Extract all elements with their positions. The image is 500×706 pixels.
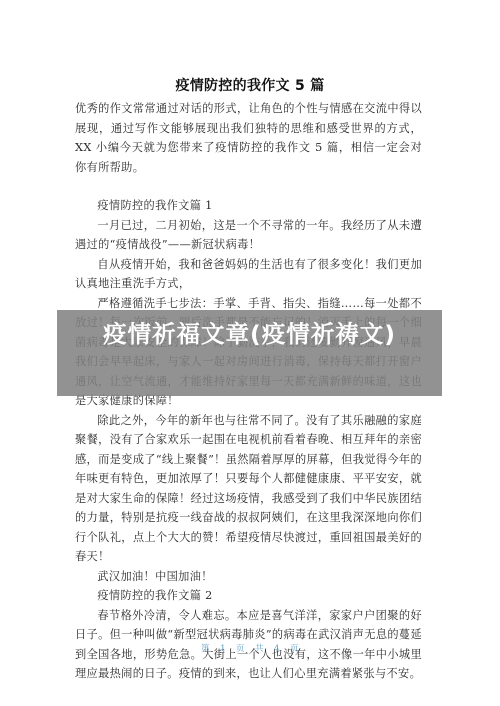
intro-paragraph: 优秀的作文常常通过对话的形式，让角色的个性与情感在交流中得以展现，通过写作文能够… bbox=[75, 99, 422, 177]
page-footer: 第1页共4页 bbox=[0, 642, 500, 654]
document-title: 疫情防控的我作文 5 篇 bbox=[0, 75, 500, 95]
essay-2: 疫情防控的我作文篇 2 春节格外冷清，令人难忘。本应是喜气洋洋，家家户户团聚的好… bbox=[75, 586, 422, 684]
footer-suffix: 页 bbox=[290, 644, 299, 654]
title-overlay-banner: 疫情祈福文章(疫情祈祷文) bbox=[57, 310, 442, 396]
footer-prefix: 第 bbox=[201, 644, 210, 654]
essay-2-heading: 疫情防控的我作文篇 2 bbox=[75, 586, 422, 606]
overlay-title: 疫情祈福文章(疫情祈祷文) bbox=[67, 319, 432, 349]
footer-current-page: 1 bbox=[220, 644, 226, 654]
document-page: 疫情防控的我作文 5 篇 优秀的作文常常通过对话的形式，让角色的个性与情感在交流… bbox=[0, 0, 500, 706]
essay-1-paragraph: 一月已过，二月初始，这是一个不寻常的一年。我经历了从未遭遇过的“疫情战役”——新… bbox=[75, 216, 422, 255]
footer-page-word: 页 bbox=[236, 644, 245, 654]
essay-1-paragraph: 自从疫情开始，我和爸爸妈妈的生活也有了很多变化！我们更加认真地注重洗手方式， bbox=[75, 255, 422, 294]
essay-1-paragraph: 除此之外，今年的新年也与往常不同了。没有了其乐融融的家庭聚餐，没有了合家欢乐一起… bbox=[75, 411, 422, 567]
essay-1-paragraph: 武汉加油！中国加油！ bbox=[75, 567, 422, 587]
essay-1-heading: 疫情防控的我作文篇 1 bbox=[75, 196, 422, 216]
footer-total-prefix: 共 bbox=[255, 644, 264, 654]
footer-total-pages: 4 bbox=[274, 644, 280, 654]
